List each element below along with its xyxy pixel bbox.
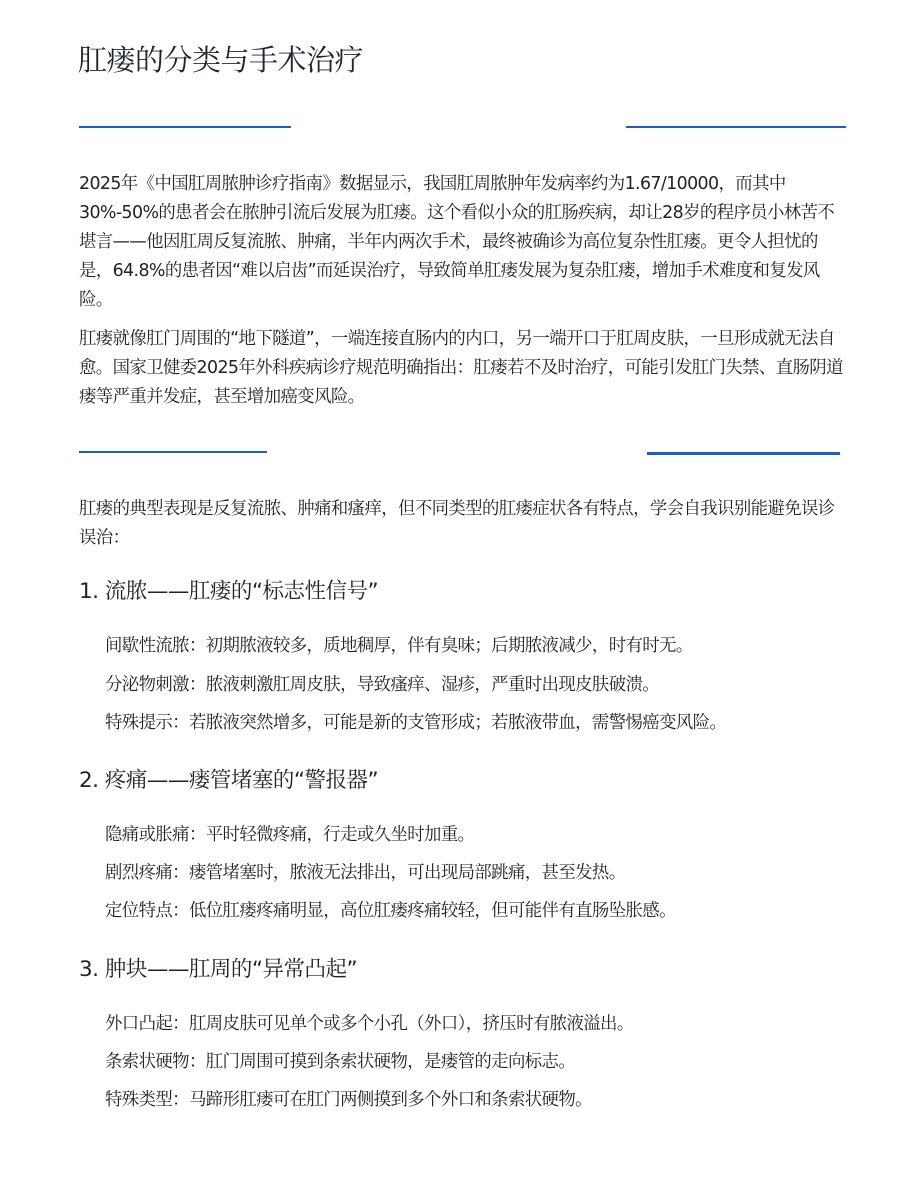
list-item: 特殊提示：若脓液突然增多，可能是新的支管形成；若脓液带血，需警惕癌变风险。 — [105, 710, 726, 736]
section-heading-pain: 2. 疼痛——瘘管堵塞的“警报器” — [79, 766, 378, 796]
symptoms-lead-paragraph: 肛瘘的典型表现是反复流脓、肿痛和瘙痒，但不同类型的肛瘘症状各有特点，学会自我识别… — [79, 495, 843, 553]
list-item: 特殊类型：马蹄形肛瘘可在肛门两侧摸到多个外口和条索状硬物。 — [105, 1087, 592, 1113]
divider-mid-right — [647, 452, 840, 455]
intro-paragraph-2: 肛瘘就像肛门周围的“地下隧道”，一端连接直肠内的内口，另一端开口于肛周皮肤，一旦… — [79, 325, 843, 412]
list-item: 剧烈疼痛：瘘管堵塞时，脓液无法排出，可出现局部跳痛，甚至发热。 — [105, 860, 626, 886]
divider-top-left — [79, 126, 291, 128]
list-item: 定位特点：低位肛瘘疼痛明显，高位肛瘘疼痛较轻，但可能伴有直肠坠胀感。 — [105, 898, 676, 924]
intro-paragraph-1: 2025年《中国肛周脓肿诊疗指南》数据显示，我国肛周脓肿年发病率约为1.67/1… — [79, 170, 843, 315]
list-item: 间歇性流脓：初期脓液较多，质地稠厚，伴有臭味；后期脓液减少，时有时无。 — [105, 633, 693, 659]
list-item: 条索状硬物：肛门周围可摸到条索状硬物，是瘘管的走向标志。 — [105, 1049, 575, 1075]
list-item: 隐痛或胀痛：平时轻微疼痛，行走或久坐时加重。 — [105, 822, 474, 848]
divider-top-right — [626, 126, 846, 128]
section-heading-lump: 3. 肿块——肛周的“异常凸起” — [79, 955, 357, 985]
list-item: 分泌物刺激：脓液刺激肛周皮肤，导致瘙痒、湿疹，严重时出现皮肤破溃。 — [105, 672, 659, 698]
page-title: 肛瘘的分类与手术治疗 — [78, 40, 363, 80]
section-heading-pus: 1. 流脓——肛瘘的“标志性信号” — [79, 577, 378, 607]
divider-mid-left — [79, 451, 267, 453]
list-item: 外口凸起：肛周皮肤可见单个或多个小孔（外口），挤压时有脓液溢出。 — [105, 1011, 634, 1037]
